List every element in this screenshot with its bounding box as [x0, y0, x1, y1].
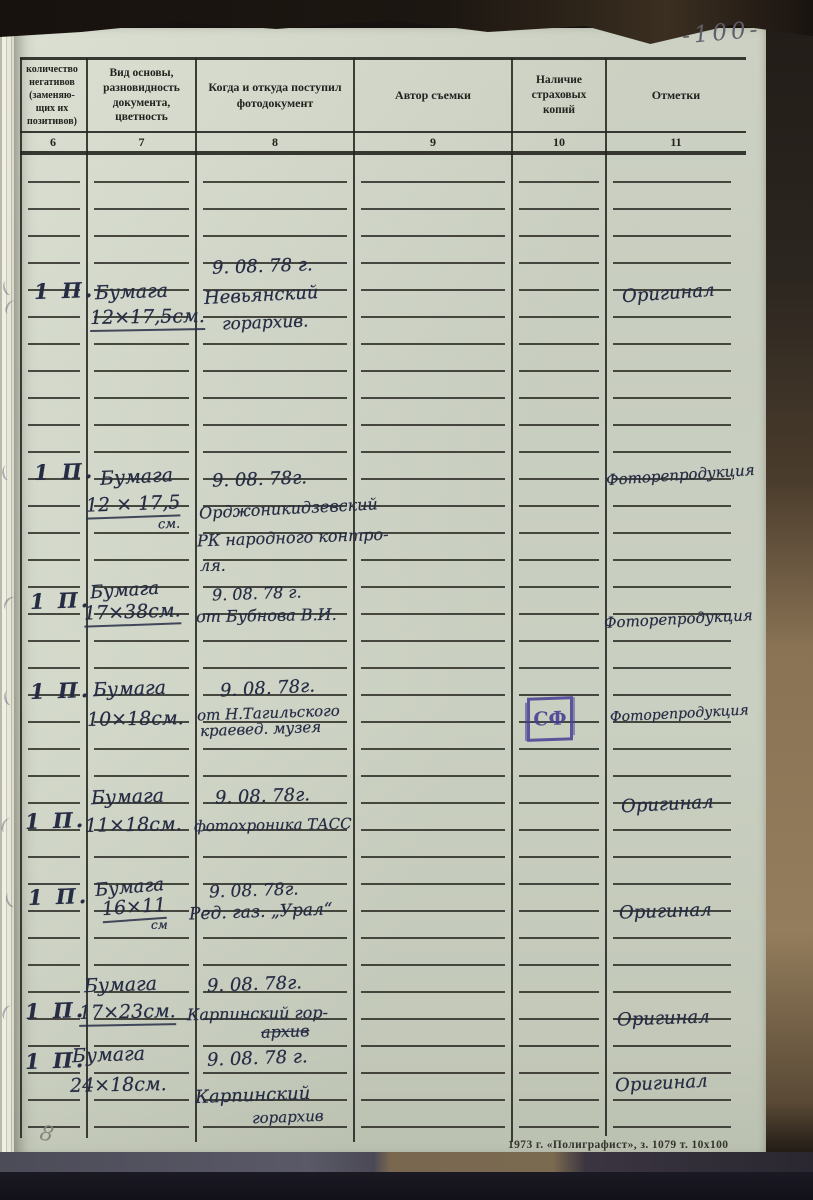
column-number-6: 6: [20, 133, 86, 151]
entry-4-handwritten-basis2: 11×18см.: [85, 813, 182, 837]
column-number-9: 9: [355, 133, 511, 151]
entry-3-handwritten-qty: 1 П.: [30, 677, 92, 704]
entry-5-handwritten-note: Оригинал: [619, 899, 712, 923]
table-vertical-line: [20, 58, 22, 1138]
entry-7-handwritten-source1: Карпинский: [195, 1083, 311, 1108]
entry-7-handwritten-basis2: 24×18см.: [70, 1073, 167, 1097]
table-column-10-body: [513, 156, 605, 1138]
entry-2-handwritten-source1: от Бубнова В.И.: [196, 605, 337, 626]
entry-6-handwritten-source2: архив: [261, 1021, 310, 1042]
scan-dark-bottom-edge: [0, 1172, 813, 1200]
entry-1-handwritten-basis3: см.: [158, 517, 181, 533]
entry-7-handwritten-source2: горархив: [252, 1107, 324, 1127]
table-vertical-line: [511, 58, 513, 1142]
column-header-7-basis-type: Вид основы, разновидность документа, цве…: [88, 60, 195, 131]
entry-5-handwritten-basis3: см: [151, 918, 168, 932]
entry-6-handwritten-date: 9. 08. 78г.: [207, 972, 303, 996]
entry-4-handwritten-date: 9. 08. 78г.: [215, 784, 311, 808]
table-column-9-body: [355, 156, 511, 1138]
entry-1-handwritten-basis1: Бумага: [99, 464, 173, 490]
book-cover-edge: [764, 28, 813, 1158]
column-header-6-negatives-count: количество негативов (заменяю- щих их по…: [19, 60, 85, 131]
entry-3-handwritten-basis1: Бумага: [93, 677, 167, 702]
header-separator-line: [20, 131, 746, 133]
thick-body-top-line: [20, 151, 746, 155]
entry-0-handwritten-qty: 1 П.: [34, 277, 96, 304]
entry-1-handwritten-date: 9. 08. 78г.: [212, 467, 308, 491]
table-vertical-line: [605, 58, 607, 1136]
entry-7-handwritten-date: 9. 08. 78 г.: [207, 1046, 308, 1071]
entry-0-handwritten-source2: горархив.: [222, 311, 309, 334]
entry-4-handwritten-qty: 1 П.: [25, 807, 87, 834]
entry-4-handwritten-source1: фотохроника ТАСС: [194, 815, 352, 836]
column-header-11-marks: Отметки: [607, 60, 745, 131]
entry-6-handwritten-basis1: Бумага: [84, 973, 158, 998]
column-header-10-insurance-copies: Наличие страховых копий: [513, 60, 605, 131]
table-top-border: [20, 57, 746, 60]
entry-2-handwritten-date: 9. 08. 78 г.: [212, 582, 302, 604]
column-number-7: 7: [88, 133, 195, 151]
entry-0-handwritten-basis2: 12×17,5см.: [90, 305, 205, 332]
column-header-8-when-received: Когда и откуда поступил фотодокумент: [197, 60, 353, 131]
entry-1-handwritten-qty: 1 П.: [34, 458, 96, 485]
entry-0-handwritten-basis1: Бумага: [95, 280, 169, 305]
column-number-10: 10: [513, 133, 605, 151]
entry-5-handwritten-date: 9. 08. 78г.: [209, 879, 299, 902]
column-header-9-author: Автор съемки: [355, 60, 511, 131]
entry-2-handwritten-basis2: 17×38см.: [84, 599, 182, 627]
scanned-archive-register-page: { "page": { "page_number": "-100-", "pen…: [0, 0, 813, 1200]
entry-3-handwritten-basis2: 10×18см.: [87, 707, 184, 731]
column-number-8: 8: [197, 133, 353, 151]
entry-7-handwritten-basis1: Бумага: [72, 1043, 146, 1068]
entry-4-handwritten-basis1: Бумага: [91, 785, 165, 810]
entry-6-handwritten-qty: 1 П.: [25, 997, 87, 1024]
insurance-copy-stamp: СФ: [527, 696, 573, 742]
entry-0-handwritten-date: 9. 08. 78 г.: [212, 254, 313, 279]
table-vertical-line: [353, 58, 355, 1142]
column-number-11: 11: [607, 133, 745, 151]
entry-6-handwritten-note: Оригинал: [617, 1006, 710, 1030]
entry-6-handwritten-basis2: 17×23см.: [79, 1000, 176, 1027]
entry-1-handwritten-source3: ля.: [200, 556, 226, 575]
table-vertical-line: [195, 58, 197, 1142]
printing-house-imprint: 1973 г. «Полиграфист», з. 1079 т. 10х100: [508, 1139, 728, 1151]
entry-1-handwritten-basis2: 12 × 17,5: [86, 491, 181, 519]
entry-2-handwritten-qty: 1 П.: [30, 587, 92, 614]
entry-5-handwritten-qty: 1 П.: [28, 883, 90, 910]
